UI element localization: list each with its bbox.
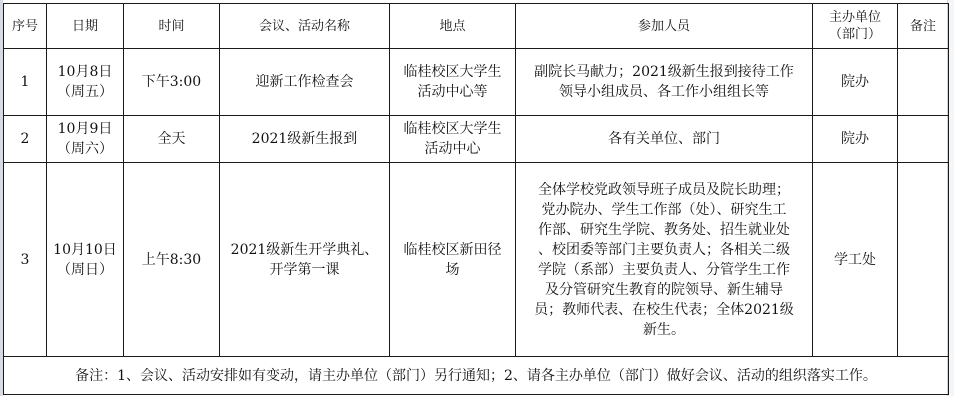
cell-attendees: 全体学校党政领导班子成员及院长助理； 党办院办、学生工作部（处）、研究生工 作部… (516, 163, 813, 357)
header-host: 主办单位 （部门） (813, 4, 898, 49)
date-line2: （周五） (50, 82, 120, 102)
attendees-line: 党办院办、学生工作部（处）、研究生工 (519, 200, 809, 220)
cell-attendees: 各有关单位、部门 (516, 116, 813, 163)
cell-host: 院办 (813, 116, 898, 163)
cell-index: 1 (4, 49, 47, 116)
date-line2: （周日） (50, 260, 120, 280)
location-line1: 临桂校区大学生 (393, 119, 512, 139)
footnote: 备注：1、会议、活动安排如有变动，请主办单位（部门）另行通知；2、请各主办单位（… (4, 357, 949, 395)
table-row: 2 10月9日 （周六） 全天 2021级新生报到 临桂校区大学生 活动中心 各… (4, 116, 949, 163)
attendees-line: 、校团委等部门主要负责人；各相关二级 (519, 240, 809, 260)
date-line1: 10月10日 (50, 240, 120, 260)
table-row: 3 10月10日 （周日） 上午8:30 2021级新生开学典礼、 开学第一课 … (4, 163, 949, 357)
cell-date: 10月10日 （周日） (47, 163, 124, 357)
header-index: 序号 (4, 4, 47, 49)
attendees-line: 学院（系部）主要负责人、分管学生工作 (519, 260, 809, 280)
cell-remarks (898, 163, 949, 357)
cell-location: 临桂校区新田径 场 (390, 163, 516, 357)
schedule-table: 序号 日期 时间 会议、活动名称 地点 参加人员 主办单位 （部门） 备注 1 … (3, 3, 949, 395)
cell-index: 3 (4, 163, 47, 357)
cell-host: 院办 (813, 49, 898, 116)
attendees-line1: 副院长马献力；2021级新生报到接待工作 (519, 62, 809, 82)
header-location: 地点 (390, 4, 516, 49)
cell-time: 全天 (124, 116, 220, 163)
location-line1: 临桂校区大学生 (393, 62, 512, 82)
footnote-row: 备注：1、会议、活动安排如有变动，请主办单位（部门）另行通知；2、请各主办单位（… (4, 357, 949, 395)
cell-event: 2021级新生开学典礼、 开学第一课 (220, 163, 390, 357)
date-line2: （周六） (50, 139, 120, 159)
cell-time: 下午3:00 (124, 49, 220, 116)
header-remarks: 备注 (898, 4, 949, 49)
cell-remarks (898, 49, 949, 116)
header-row: 序号 日期 时间 会议、活动名称 地点 参加人员 主办单位 （部门） 备注 (4, 4, 949, 49)
cell-index: 2 (4, 116, 47, 163)
header-host-line1: 主办单位 (816, 9, 894, 26)
attendees-line: 作部、研究生学院、教务处、招生就业处 (519, 220, 809, 240)
location-line2: 活动中心等 (393, 82, 512, 102)
cell-date: 10月9日 （周六） (47, 116, 124, 163)
cell-host: 学工处 (813, 163, 898, 357)
attendees-line: 全体学校党政领导班子成员及院长助理； (519, 180, 809, 200)
header-time: 时间 (124, 4, 220, 49)
cell-attendees: 副院长马献力；2021级新生报到接待工作 领导小组成员、各工作小组组长等 (516, 49, 813, 116)
cell-event: 2021级新生报到 (220, 116, 390, 163)
attendees-line: 新生。 (519, 320, 809, 340)
table-row: 1 10月8日 （周五） 下午3:00 迎新工作检查会 临桂校区大学生 活动中心… (4, 49, 949, 116)
cell-location: 临桂校区大学生 活动中心 (390, 116, 516, 163)
date-line1: 10月9日 (50, 119, 120, 139)
date-line1: 10月8日 (50, 62, 120, 82)
header-host-line2: （部门） (816, 26, 894, 43)
cell-event: 迎新工作检查会 (220, 49, 390, 116)
cell-date: 10月8日 （周五） (47, 49, 124, 116)
event-line1: 2021级新生开学典礼、 (223, 240, 386, 260)
location-line2: 活动中心 (393, 139, 512, 159)
cell-location: 临桂校区大学生 活动中心等 (390, 49, 516, 116)
header-attendees: 参加人员 (516, 4, 813, 49)
attendees-line: 及分管研究生教育的院领导、新生辅导 (519, 280, 809, 300)
header-event: 会议、活动名称 (220, 4, 390, 49)
location-line1: 临桂校区新田径 (393, 240, 512, 260)
attendees-line: 员；教师代表、在校生代表；全体2021级 (519, 300, 809, 320)
location-line2: 场 (393, 260, 512, 280)
cell-time: 上午8:30 (124, 163, 220, 357)
event-line2: 开学第一课 (223, 260, 386, 280)
cell-remarks (898, 116, 949, 163)
header-date: 日期 (47, 4, 124, 49)
attendees-line2: 领导小组成员、各工作小组组长等 (519, 82, 809, 102)
